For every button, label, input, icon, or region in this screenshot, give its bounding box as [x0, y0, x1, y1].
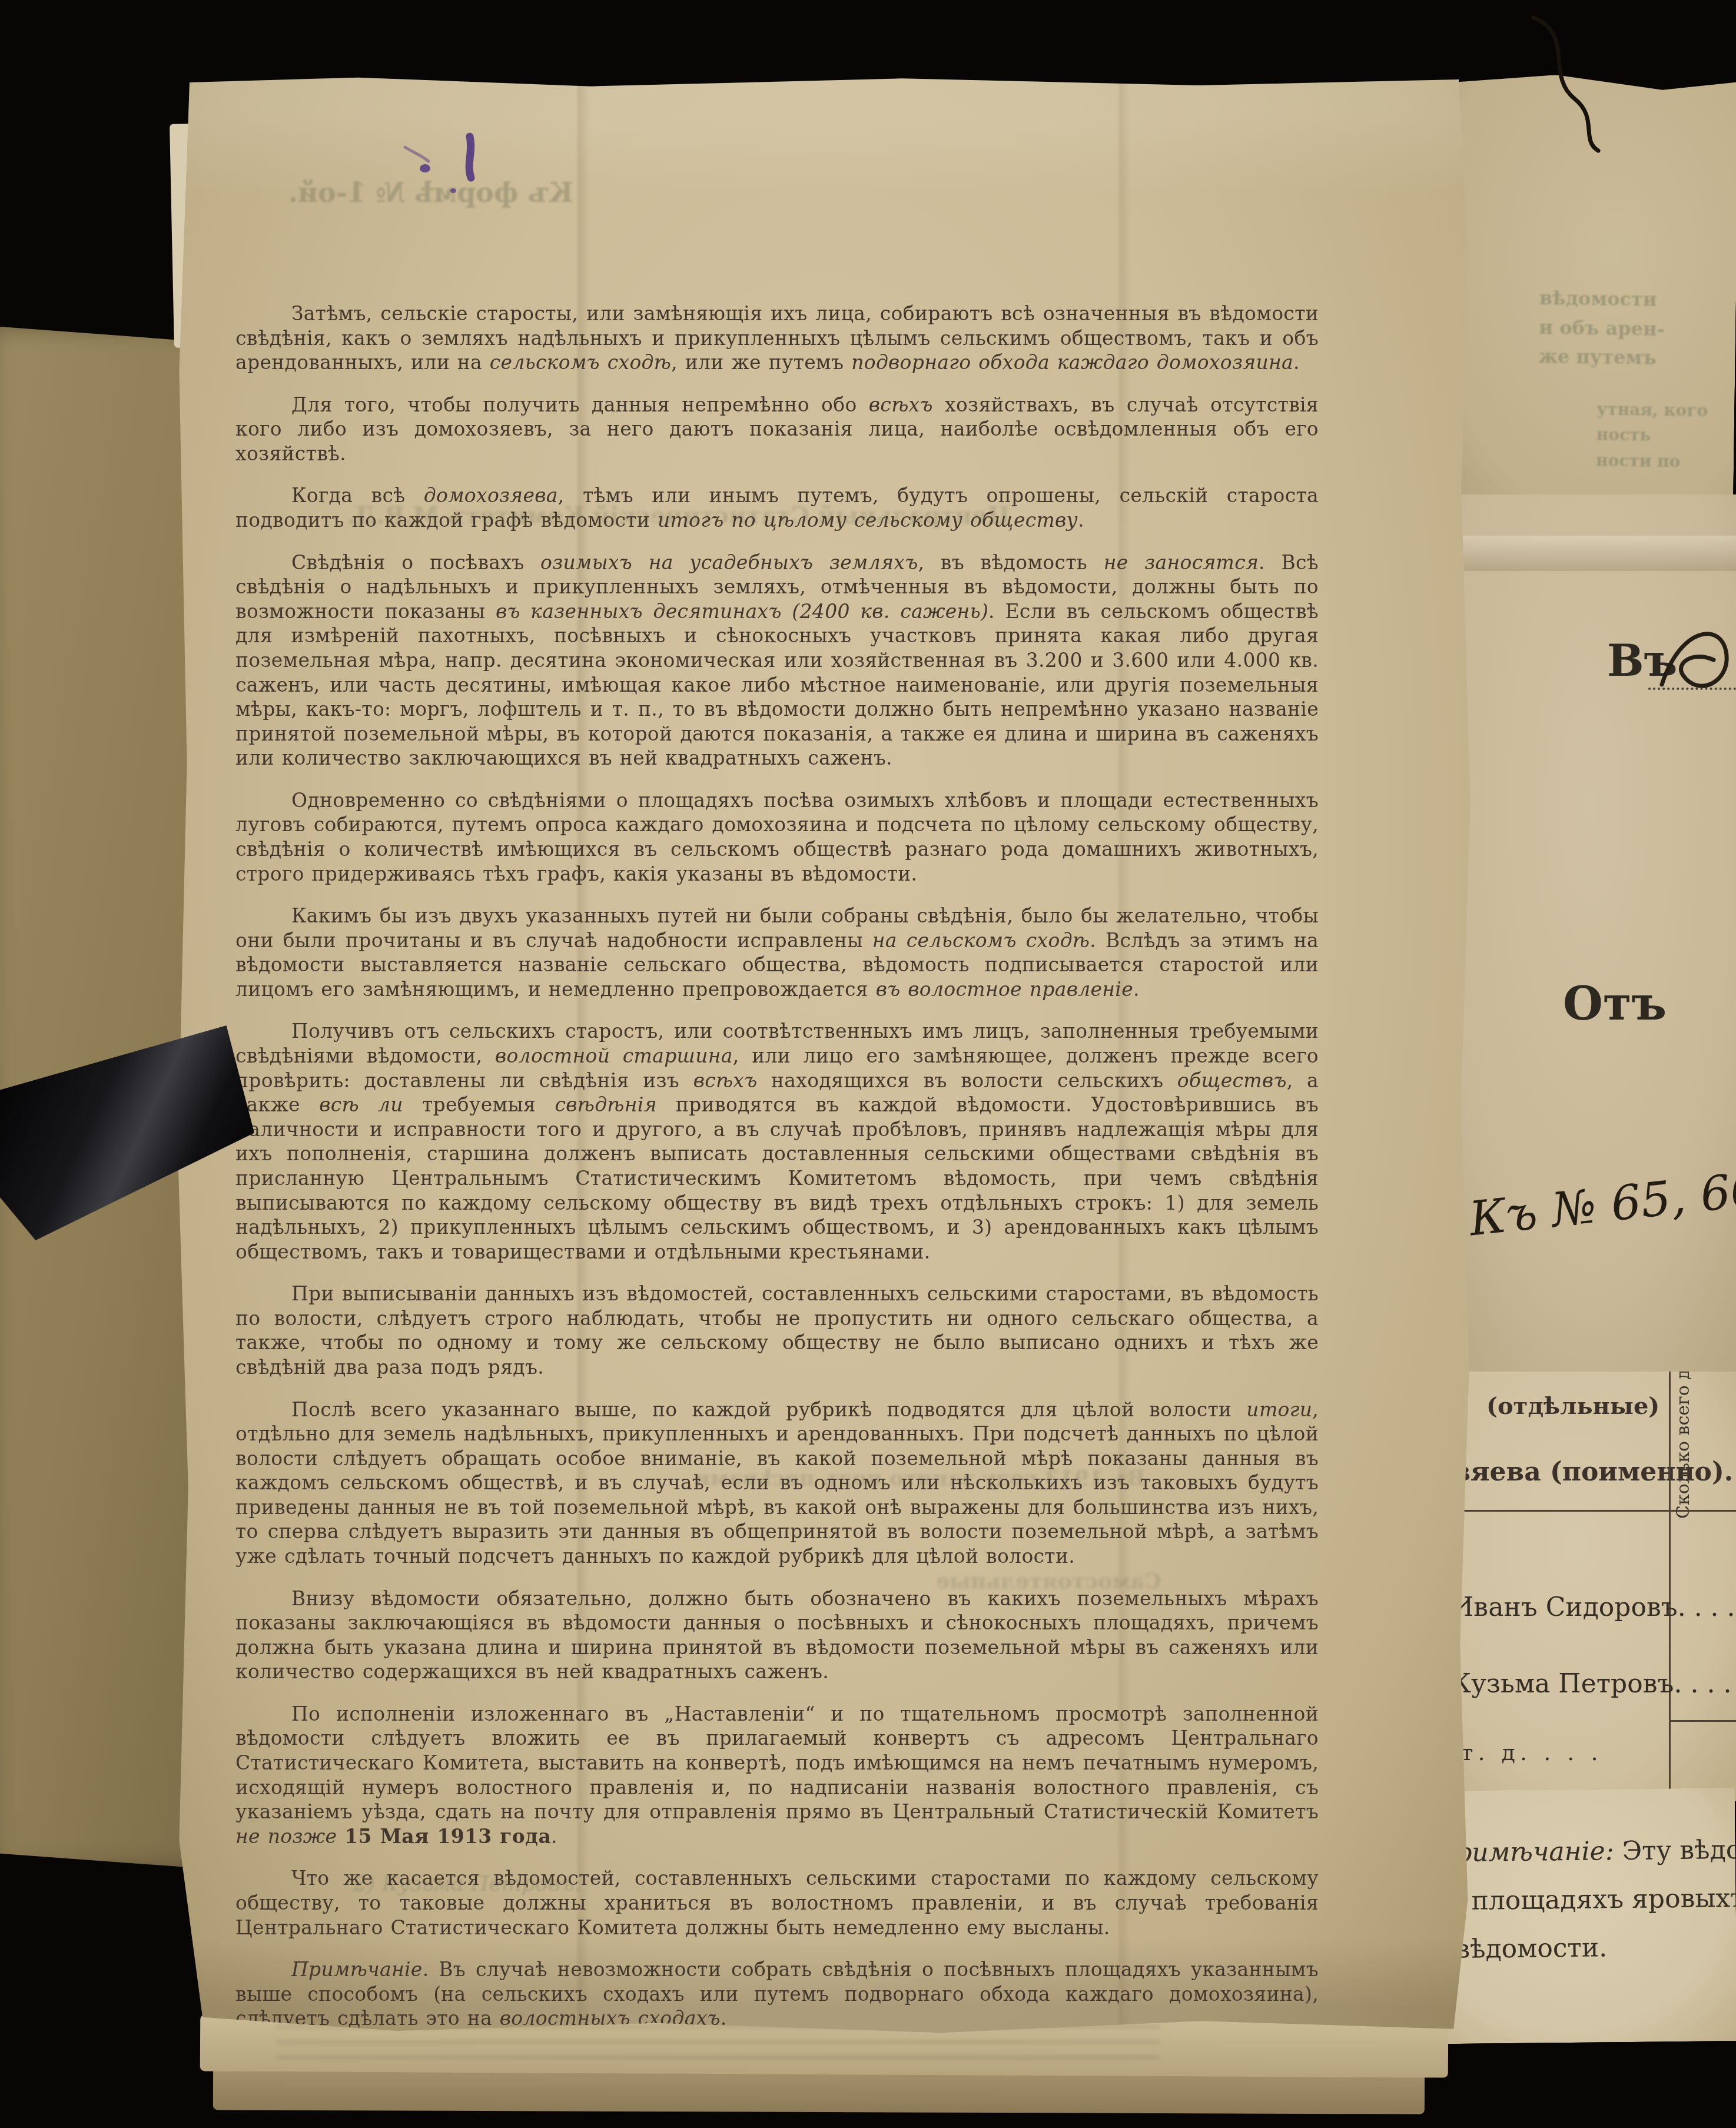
- bleedthrough-line: ности по: [1596, 447, 1707, 474]
- paragraph-segment: не позже: [235, 1825, 337, 1848]
- paragraph-segment: волостной старшина: [495, 1044, 733, 1067]
- paragraph: Внизу вѣдомости обязательно, должно быть…: [235, 1586, 1319, 1684]
- paragraph-segment: всѣ ли: [319, 1093, 403, 1116]
- paragraph-segment: Для того, чтобы получить данныя непремѣн…: [291, 393, 869, 416]
- paragraph-segment: свѣдѣнія: [555, 1093, 656, 1116]
- paragraph: Для того, чтобы получить данныя непремѣн…: [235, 393, 1319, 466]
- paragraph-segment: приводятся въ каждой вѣдомости. Удостовѣ…: [235, 1093, 1319, 1263]
- paragraph-segment: По исполненіи изложеннаго въ „Наставлені…: [235, 1702, 1319, 1823]
- paragraph-segment: на сельскомъ сходѣ: [872, 929, 1090, 952]
- bleedthrough-line: вѣдомости: [1539, 284, 1665, 315]
- paragraph: При выписываніи данныхъ изъ вѣдомостей, …: [235, 1282, 1319, 1379]
- form-row-name: Кузьма Петровъ. . . .: [1451, 1669, 1731, 1699]
- paragraph: Свѣдѣнія о посѣвахъ озимыхъ на усадебных…: [235, 550, 1319, 771]
- purple-ink-mark: [394, 130, 512, 212]
- paragraph-segment: .: [1133, 978, 1140, 1001]
- paragraph-segment: обществъ: [1177, 1069, 1287, 1092]
- paragraph-segment: сельскомъ сходѣ: [490, 351, 671, 374]
- paragraph: Одновременно со свѣдѣніями о площадяхъ п…: [235, 788, 1319, 886]
- paragraph-segment: .: [1293, 351, 1300, 374]
- paragraph: По исполненіи изложеннаго въ „Наставлені…: [235, 1702, 1319, 1848]
- paragraph-segment: озимыхъ на усадебныхъ земляхъ: [540, 551, 918, 574]
- bleedthrough-lines: вѣдомостии объ арен-же путемъ: [1538, 284, 1665, 373]
- paragraph-segment: требуемыя: [403, 1093, 555, 1116]
- paragraph-segment: домохозяева: [424, 484, 558, 507]
- paragraph-segment: .: [1078, 509, 1084, 532]
- paragraph-segment: Когда всѣ: [291, 484, 424, 507]
- form-row-name: Иванъ Сидоровъ. . . .: [1451, 1592, 1735, 1622]
- paragraph-segment: , или же путемъ: [671, 351, 851, 374]
- form-rule-horizontal-short: [1669, 1720, 1736, 1722]
- paragraph-segment: При выписываніи данныхъ изъ вѣдомостей, …: [235, 1282, 1319, 1379]
- paragraph-segment: Свѣдѣнія о посѣвахъ: [291, 551, 540, 574]
- paragraph-segment: итоги: [1246, 1398, 1312, 1421]
- paragraph-segment: не заносятся: [1104, 551, 1259, 574]
- paragraph-segment: въ казенныхъ десятинахъ (2400 кв. сажень…: [496, 600, 988, 623]
- note-line-1-rest: Эту вѣдомо: [1614, 1834, 1736, 1866]
- paragraph-segment: Что же касается вѣдомостей, составленных…: [235, 1867, 1319, 1938]
- bleedthrough-line: ность: [1596, 422, 1707, 449]
- photo-backdrop: вѣдомостии объ арен-же путемъ утная, ког…: [0, 0, 1736, 2128]
- paragraph: Затѣмъ, сельскіе старосты, или замѣняющі…: [235, 301, 1319, 375]
- paragraph: Что же касается вѣдомостей, составленных…: [235, 1866, 1319, 1940]
- paragraph-segment: , отдѣльно для земель надѣльныхъ, прикуп…: [235, 1398, 1319, 1568]
- bleedthrough-line: утная, кого: [1596, 396, 1708, 423]
- paragraph-segment: Послѣ всего указаннаго выше, по каждой р…: [291, 1398, 1246, 1421]
- handwriting-flourish: [1657, 609, 1736, 709]
- bleedthrough-lines-small: утная, когоностьности по: [1596, 396, 1708, 474]
- envelope-from-label: Отъ: [1563, 977, 1667, 1031]
- paragraph-segment: въ волостное правленіе: [876, 978, 1133, 1001]
- paragraph-segment: . Если въ сельскомъ обществѣ для измѣрен…: [235, 600, 1319, 769]
- paragraph-segment: всѣхъ: [693, 1069, 758, 1092]
- paragraph-segment: всѣхъ: [869, 393, 933, 416]
- paragraph-segment: подворнаго обхода каждаго домохозяина: [851, 351, 1293, 374]
- paragraph-segment: 15 Мая 1913 года: [344, 1825, 551, 1848]
- paragraph-segment: Одновременно со свѣдѣніями о площадяхъ п…: [235, 789, 1319, 885]
- paragraph: Когда всѣ домохозяева, тѣмъ или инымъ пу…: [235, 483, 1319, 532]
- handwritten-number: Къ № 65, 66.: [1466, 1163, 1736, 1247]
- paragraph: Какимъ бы изъ двухъ указанныхъ путей ни …: [235, 904, 1319, 1001]
- paragraph: Получивъ отъ сельскихъ старостъ, или соо…: [235, 1019, 1319, 1264]
- form-rule-vertical: [1669, 1372, 1671, 1801]
- paragraph-segment: итогъ по цѣлому сельскому обществу: [658, 509, 1078, 532]
- paragraph: Послѣ всего указаннаго выше, по каждой р…: [235, 1397, 1319, 1569]
- form-vertical-column-header: Сколько всего д: [1673, 1369, 1694, 1519]
- bleedthrough-line: и объ арен-: [1539, 313, 1665, 344]
- paragraph-segment: , въ вѣдомость: [918, 551, 1103, 574]
- form-column-header-individual: (отдѣльные): [1486, 1392, 1659, 1420]
- thread: [1510, 11, 1645, 158]
- instruction-text: Затѣмъ, сельскіе старосты, или замѣняющі…: [235, 301, 1319, 2049]
- note-line-1: Примѣчаніе: Эту вѣдомо: [1433, 1834, 1736, 1868]
- paragraph-segment: Внизу вѣдомости обязательно, должно быть…: [235, 1587, 1319, 1684]
- paragraph-segment: Примѣчаніе: [291, 1958, 423, 1981]
- paragraph-segment: находящихся въ волости сельскихъ: [758, 1069, 1177, 1092]
- paragraph-segment: [337, 1825, 344, 1848]
- bleedthrough-line: же путемъ: [1538, 342, 1664, 373]
- paragraph: Примѣчаніе. Въ случаѣ невозможности собр…: [235, 1957, 1319, 2031]
- paragraph-segment: .: [551, 1825, 557, 1848]
- instruction-sheet: Къ формѣ № 1-ой. Центральный Статистичес…: [177, 77, 1472, 2037]
